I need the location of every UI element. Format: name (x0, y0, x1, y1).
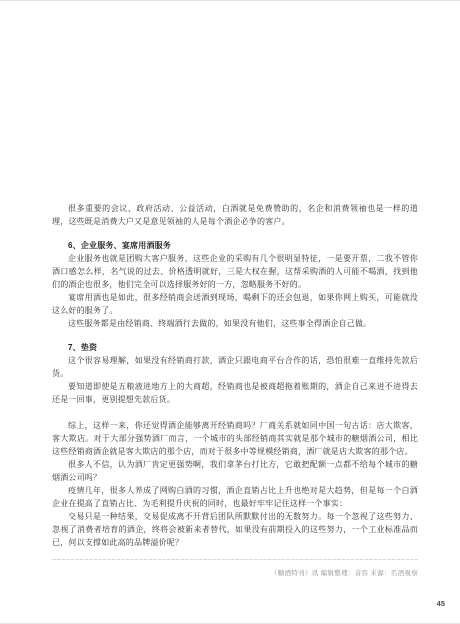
heading-section-7: 7、垫资 (52, 341, 418, 354)
wavy-divider: ~~~~~~~~~~~~~~~~~~~~~~~~~~~~~~~~~~~~~~~~… (52, 556, 418, 565)
paragraph-transaction-conclusion: 交易只是一种结果，交易促成离不开背后团队所默默付出的无数努力。每一个忽视了这些努… (52, 510, 418, 549)
heading-section-6: 6、企业服务、宴席用酒服务 (52, 239, 418, 252)
paragraph-intro: 很多重要的会议、政府活动、公益活动，白酒就是免费赞助的，名企和消费领袖也是一样的… (52, 202, 418, 228)
paragraph-banquet-wine: 宴席用酒也是如此，很多经销商会送酒到现场，喝剩下的还会包退，如果你网上购买，可能… (52, 291, 418, 317)
article-body: 很多重要的会议、政府活动、公益活动，白酒就是免费赞助的，名企和消费领袖也是一样的… (52, 202, 418, 549)
page-number: 45 (437, 599, 445, 608)
blank-line-spacer (52, 406, 418, 419)
paragraph-summary: 综上，这样一来，你还觉得酒企能够离开经销商吗？厂商关系就如同中国一句古话：店大欺… (52, 419, 418, 458)
paragraph-distributor-services: 这些服务都是由经销商、终端酒行去做的，如果没有他们，这些事全得酒企自己做。 (52, 317, 418, 330)
paragraph-pandemic-trend: 疫情几年，很多人养成了网购白酒的习惯，酒企直销占比上升也绝对是大趋势，但是每一个… (52, 484, 418, 510)
document-page: 很多重要的会议、政府活动、公益活动，白酒就是免费赞助的，名企和消费领袖也是一样的… (0, 0, 460, 624)
paragraph-moutai-example: 很多人不信，认为酒厂肯定更强势啊，我们拿茅台打比方，它敢把配额一点都不给每个城市… (52, 458, 418, 484)
paragraph-enterprise-service: 企业服务也就是团购大客户服务，这些企业的采购有几个很明显特征，一是要开票，二我不… (52, 252, 418, 291)
footer-credit: （糖酒特刊）讯 编辑整理：音容 来源：名酒观察 (52, 569, 418, 579)
paragraph-advance-funding: 这个很容易理解，如果没有经销商打款，酒企只跟电商平台合作的话，恐怕很难一直维持先… (52, 354, 418, 380)
paragraph-wuliangye: 要知道即使是五粮液进地方上的大商超，经销商也是被商超拖着账期的，酒企自己来进不进… (52, 380, 418, 406)
